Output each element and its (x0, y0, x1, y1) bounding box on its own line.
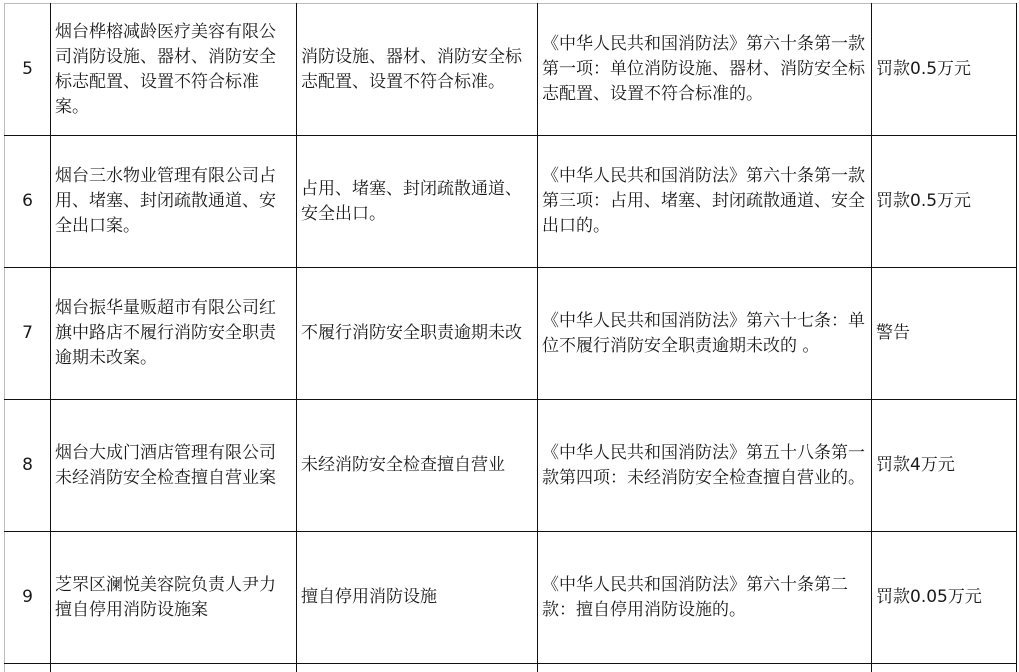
penalty: 罚款0.05万元 (872, 532, 1017, 664)
violation-fact: 占用、堵塞、封闭疏散通道、安全出口。 (297, 136, 538, 268)
table-row: 6 烟台三水物业管理有限公司占用、堵塞、封闭疏散通道、安全出口案。 占用、堵塞、… (5, 136, 1017, 268)
legal-basis: 《中华人民共和国消防法》第六十七条：单位不履行消防安全职责逾期未改的 。 (538, 268, 872, 400)
violation-fact: 不履行消防安全职责逾期未改 (297, 268, 538, 400)
violation-fact: 消防设施、器材、消防安全标志配置、设置不符合标准。 (297, 4, 538, 136)
table-row: 5 烟台桦榕减龄医疗美容有限公司消防设施、器材、消防安全标志配置、设置不符合标准… (5, 4, 1017, 136)
legal-basis (538, 664, 872, 672)
violation-fact (297, 664, 538, 672)
penalty (872, 664, 1017, 672)
row-number: 7 (5, 268, 51, 400)
violation-fact: 未经消防安全检查擅自营业 (297, 400, 538, 532)
case-name (51, 664, 297, 672)
fire-penalty-table: 5 烟台桦榕减龄医疗美容有限公司消防设施、器材、消防安全标志配置、设置不符合标准… (4, 3, 1017, 672)
row-number: 5 (5, 4, 51, 136)
case-name: 烟台三水物业管理有限公司占用、堵塞、封闭疏散通道、安全出口案。 (51, 136, 297, 268)
case-name: 烟台振华量贩超市有限公司红旗中路店不履行消防安全职责逾期未改案。 (51, 268, 297, 400)
violation-fact: 擅自停用消防设施 (297, 532, 538, 664)
legal-basis: 《中华人民共和国消防法》第六十条第二款：擅自停用消防设施的。 (538, 532, 872, 664)
row-number: 8 (5, 400, 51, 532)
case-name: 芝罘区澜悦美容院负责人尹力擅自停用消防设施案 (51, 532, 297, 664)
row-number: 9 (5, 532, 51, 664)
penalty: 罚款4万元 (872, 400, 1017, 532)
penalty: 警告 (872, 268, 1017, 400)
penalty: 罚款0.5万元 (872, 136, 1017, 268)
table-row-partial (5, 664, 1017, 672)
case-name: 烟台桦榕减龄医疗美容有限公司消防设施、器材、消防安全标志配置、设置不符合标准案。 (51, 4, 297, 136)
legal-basis: 《中华人民共和国消防法》第六十条第一款第三项：占用、堵塞、封闭疏散通道、安全出口… (538, 136, 872, 268)
legal-basis: 《中华人民共和国消防法》第五十八条第一款第四项：未经消防安全检查擅自营业的。 (538, 400, 872, 532)
table-row: 8 烟台大成门酒店管理有限公司未经消防安全检查擅自营业案 未经消防安全检查擅自营… (5, 400, 1017, 532)
table-row: 9 芝罘区澜悦美容院负责人尹力擅自停用消防设施案 擅自停用消防设施 《中华人民共… (5, 532, 1017, 664)
penalty: 罚款0.5万元 (872, 4, 1017, 136)
penalty-table-container: 5 烟台桦榕减龄医疗美容有限公司消防设施、器材、消防安全标志配置、设置不符合标准… (4, 3, 1016, 672)
row-number: 6 (5, 136, 51, 268)
legal-basis: 《中华人民共和国消防法》第六十条第一款第一项：单位消防设施、器材、消防安全标志配… (538, 4, 872, 136)
case-name: 烟台大成门酒店管理有限公司未经消防安全检查擅自营业案 (51, 400, 297, 532)
table-row: 7 烟台振华量贩超市有限公司红旗中路店不履行消防安全职责逾期未改案。 不履行消防… (5, 268, 1017, 400)
row-number (5, 664, 51, 672)
